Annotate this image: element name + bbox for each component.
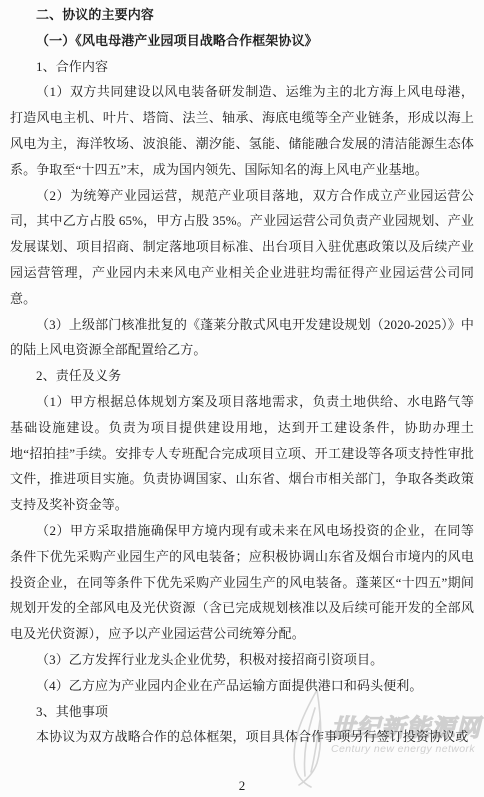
- document-page: 二、协议的主要内容 （一）《风电母港产业园项目战略合作框架协议》 1、合作内容 …: [0, 0, 484, 797]
- section-3-paragraph-1: 本协议为双方战略合作的总体框架，项目具体合作事项另行签订投资协议或: [10, 724, 474, 750]
- document-body: 二、协议的主要内容 （一）《风电母港产业园项目战略合作框架协议》 1、合作内容 …: [10, 2, 474, 750]
- section-1-paragraph-3: （3）上级部门核准批复的《蓬莱分散式风电开发建设规划（2020-2025）》中的…: [10, 312, 474, 364]
- page-number: 2: [0, 778, 484, 794]
- section-1-title: 1、合作内容: [10, 54, 474, 80]
- section-2-paragraph-1: （1）甲方根据总体规划方案及项目落地需求，负责土地供给、水电路气等基础设施建设。…: [10, 389, 474, 518]
- agreement-title-heading: （一）《风电母港产业园项目战略合作框架协议》: [10, 28, 474, 54]
- main-heading: 二、协议的主要内容: [10, 2, 474, 28]
- section-2-paragraph-2: （2）甲方采取措施确保甲方境内现有或未来在风电场投资的企业，在同等条件下优先采购…: [10, 518, 474, 647]
- section-1-paragraph-2: （2）为统筹产业园运营，规范产业项目落地，双方合作成立产业园运营公司，其中乙方占…: [10, 183, 474, 312]
- section-3-title: 3、其他事项: [10, 699, 474, 725]
- section-1-paragraph-1: （1）双方共同建设以风电装备研发制造、运维为主的北方海上风电母港，打造风电主机、…: [10, 79, 474, 182]
- section-2-title: 2、责任及义务: [10, 363, 474, 389]
- section-2-paragraph-3: （3）乙方发挥行业龙头企业优势，积极对接招商引资项目。: [10, 647, 474, 673]
- section-2-paragraph-4: （4）乙方应为产业园内企业在产品运输方面提供港口和码头便利。: [10, 673, 474, 699]
